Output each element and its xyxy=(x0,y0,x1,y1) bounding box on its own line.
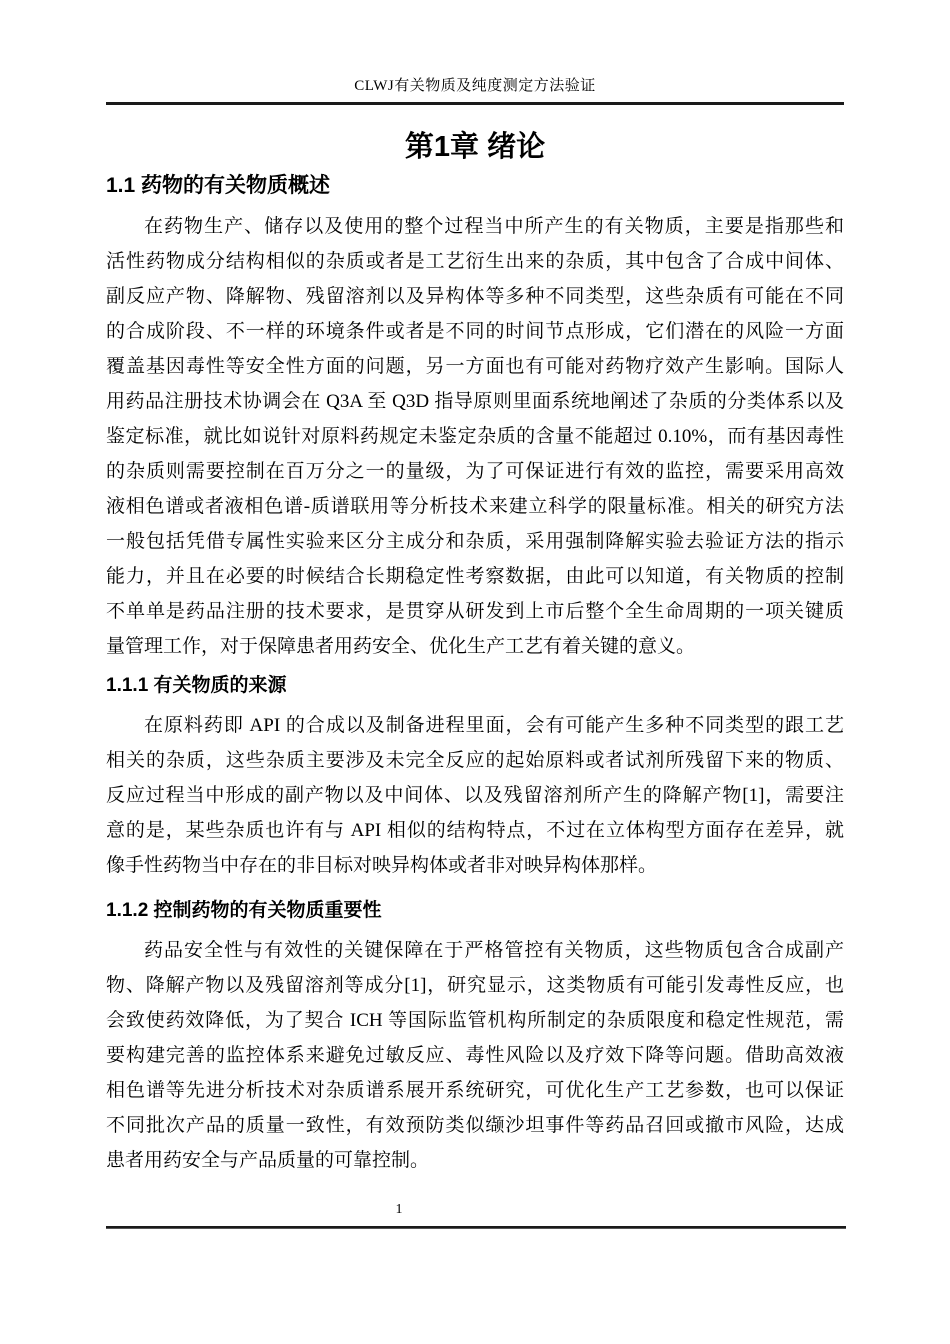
paragraph-line: 活性药物成分结构相似的杂质或者是工艺衍生出来的杂质，其中包含了合成中间体、 xyxy=(106,244,844,279)
footer-rule xyxy=(106,1226,846,1229)
header-rule xyxy=(106,102,844,105)
paragraph-line: 覆盖基因毒性等安全性方面的问题，另一方面也有可能对药物疗效产生影响。国际人 xyxy=(106,349,844,384)
paragraph-line: 患者用药安全与产品质量的可靠控制。 xyxy=(106,1143,844,1178)
paragraph-line: 意的是，某些杂质也许有与 API 相似的结构特点，不过在立体构型方面存在差异，就 xyxy=(106,813,844,848)
header-running-title: CLWJ有关物质及纯度测定方法验证 xyxy=(106,77,844,96)
paragraph-line: 量管理工作，对于保障患者用药安全、优化生产工艺有着关键的意义。 xyxy=(106,629,844,664)
paragraph-line: 不单单是药品注册的技术要求，是贯穿从研发到上市后整个全生命周期的一项关键质 xyxy=(106,594,844,629)
paragraph-line: 鉴定标准，就比如说针对原料药规定未鉴定杂质的含量不能超过 0.10%，而有基因毒… xyxy=(106,419,844,454)
subsection-heading-1-1-2: 1.1.2 控制药物的有关物质重要性 xyxy=(106,897,844,925)
paragraph-line: 药品安全性与有效性的关键保障在于严格管控有关物质，这些物质包含合成副产 xyxy=(106,933,844,968)
paragraph-line: 在药物生产、储存以及使用的整个过程当中所产生的有关物质，主要是指那些和 xyxy=(106,209,844,244)
paragraph-line: 相关的杂质，这些杂质主要涉及未完全反应的起始原料或者试剂所残留下来的物质、 xyxy=(106,743,844,778)
paragraph-line: 的合成阶段、不一样的环境条件或者是不同的时间节点形成，它们潜在的风险一方面 xyxy=(106,314,844,349)
paragraph-section-intro: 在药物生产、储存以及使用的整个过程当中所产生的有关物质，主要是指那些和活性药物成… xyxy=(106,209,844,664)
paragraph-line: 的杂质则需要控制在百万分之一的量级，为了可保证进行有效的监控，需要采用高效 xyxy=(106,454,844,489)
paragraph-line: 反应过程当中形成的副产物以及中间体、以及残留溶剂所产生的降解产物[1]，需要注 xyxy=(106,778,844,813)
paragraph-line: 物、降解产物以及残留溶剂等成分[1]，研究显示，这类物质有可能引发毒性反应，也 xyxy=(106,968,844,1003)
section-heading-1-1: 1.1 药物的有关物质概述 xyxy=(106,171,844,201)
paragraph-subsection-1-1-1: 在原料药即 API 的合成以及制备进程里面，会有可能产生多种不同类型的跟工艺相关… xyxy=(106,708,844,883)
chapter-title: 第1章 绪论 xyxy=(106,126,844,168)
paragraph-line: 不同批次产品的质量一致性，有效预防类似缬沙坦事件等药品召回或撤市风险，达成 xyxy=(106,1108,844,1143)
paragraph-line: 液相色谱或者液相色谱-质谱联用等分析技术来建立科学的限量标准。相关的研究方法 xyxy=(106,489,844,524)
paragraph-line: 在原料药即 API 的合成以及制备进程里面，会有可能产生多种不同类型的跟工艺 xyxy=(106,708,844,743)
paragraph-line: 要构建完善的监控体系来避免过敏反应、毒性风险以及疗效下降等问题。借助高效液 xyxy=(106,1038,844,1073)
page-content: CLWJ有关物质及纯度测定方法验证 第1章 绪论 1.1 药物的有关物质概述 在… xyxy=(106,0,844,1178)
paragraph-line: 能力，并且在必要的时候结合长期稳定性考察数据，由此可以知道，有关物质的控制 xyxy=(106,559,844,594)
paragraph-line: 一般包括凭借专属性实验来区分主成分和杂质，采用强制降解实验去验证方法的指示 xyxy=(106,524,844,559)
paragraph-line: 副反应产物、降解物、残留溶剂以及异构体等多种不同类型，这些杂质有可能在不同 xyxy=(106,279,844,314)
document-page: CLWJ有关物质及纯度测定方法验证 第1章 绪论 1.1 药物的有关物质概述 在… xyxy=(0,0,950,1344)
paragraph-line: 像手性药物当中存在的非目标对映异构体或者非对映异构体那样。 xyxy=(106,848,844,883)
footer-page-number: 1 xyxy=(384,1201,414,1219)
paragraph-subsection-1-1-2: 药品安全性与有效性的关键保障在于严格管控有关物质，这些物质包含合成副产物、降解产… xyxy=(106,933,844,1178)
paragraph-line: 用药品注册技术协调会在 Q3A 至 Q3D 指导原则里面系统地阐述了杂质的分类体… xyxy=(106,384,844,419)
subsection-heading-1-1-1: 1.1.1 有关物质的来源 xyxy=(106,672,844,700)
paragraph-line: 会致使药效降低，为了契合 ICH 等国际监管机构所制定的杂质限度和稳定性规范，需 xyxy=(106,1003,844,1038)
paragraph-line: 相色谱等先进分析技术对杂质谱系展开系统研究，可优化生产工艺参数，也可以保证 xyxy=(106,1073,844,1108)
